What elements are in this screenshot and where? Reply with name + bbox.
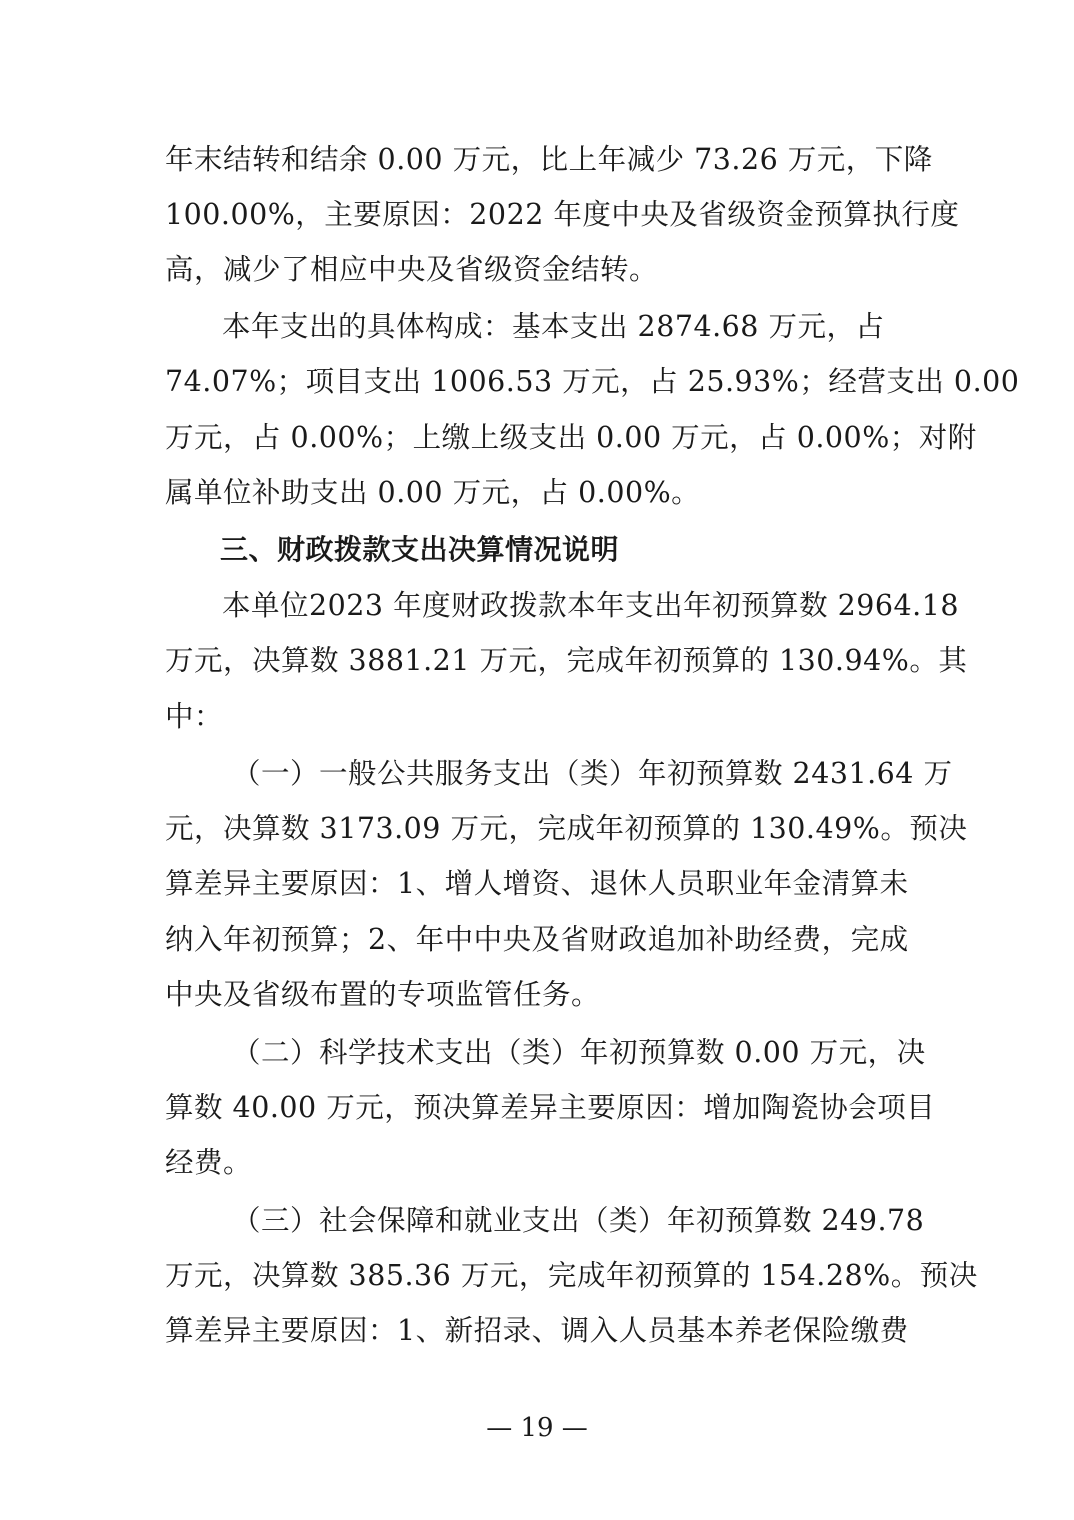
document-page: 年末结转和结余 0.00 万元，比上年减少 73.26 万元，下降 100.00… — [0, 0, 1074, 1520]
text-line: （二）科学技术支出（类）年初预算数 0.00 万元，决 — [232, 1033, 982, 1073]
text-line: 本单位2023 年度财政拨款本年支出年初预算数 2964.18 — [222, 586, 972, 626]
text-line: 中央及省级布置的专项监管任务。 — [165, 975, 915, 1015]
text-line: 74.07%；项目支出 1006.53 万元，占 25.93%；经营支出 0.0… — [165, 362, 915, 402]
page-number: — 19 — — [0, 1408, 1074, 1448]
text-line: 100.00%，主要原因：2022 年度中央及省级资金预算执行度 — [165, 195, 915, 235]
text-line: 纳入年初预算；2、年中中央及省财政追加补助经费，完成 — [165, 920, 915, 960]
text-line: 属单位补助支出 0.00 万元，占 0.00%。 — [165, 473, 915, 513]
text-line: 高，减少了相应中央及省级资金结转。 — [165, 250, 915, 290]
text-line: 中： — [165, 697, 915, 737]
text-line: 本年支出的具体构成：基本支出 2874.68 万元，占 — [222, 307, 972, 347]
text-line: （三）社会保障和就业支出（类）年初预算数 249.78 — [232, 1201, 982, 1241]
text-line: 万元，决算数 385.36 万元，完成年初预算的 154.28%。预决 — [165, 1256, 915, 1296]
text-line: 万元，占 0.00%；上缴上级支出 0.00 万元，占 0.00%；对附 — [165, 418, 915, 458]
text-line: 经费。 — [165, 1143, 915, 1183]
text-line: 算数 40.00 万元，预决算差异主要原因：增加陶瓷协会项目 — [165, 1088, 915, 1128]
text-line: 元，决算数 3173.09 万元，完成年初预算的 130.49%。预决 — [165, 809, 915, 849]
text-line: 算差异主要原因：1、新招录、调入人员基本养老保险缴费 — [165, 1311, 915, 1351]
text-line: 算差异主要原因：1、增人增资、退休人员职业年金清算未 — [165, 864, 915, 904]
text-line: （一）一般公共服务支出（类）年初预算数 2431.64 万 — [232, 754, 982, 794]
text-line: 万元，决算数 3881.21 万元，完成年初预算的 130.94%。其 — [165, 641, 915, 681]
section-heading: 三、财政拨款支出决算情况说明 — [220, 530, 970, 570]
text-line: 年末结转和结余 0.00 万元，比上年减少 73.26 万元，下降 — [165, 140, 915, 180]
